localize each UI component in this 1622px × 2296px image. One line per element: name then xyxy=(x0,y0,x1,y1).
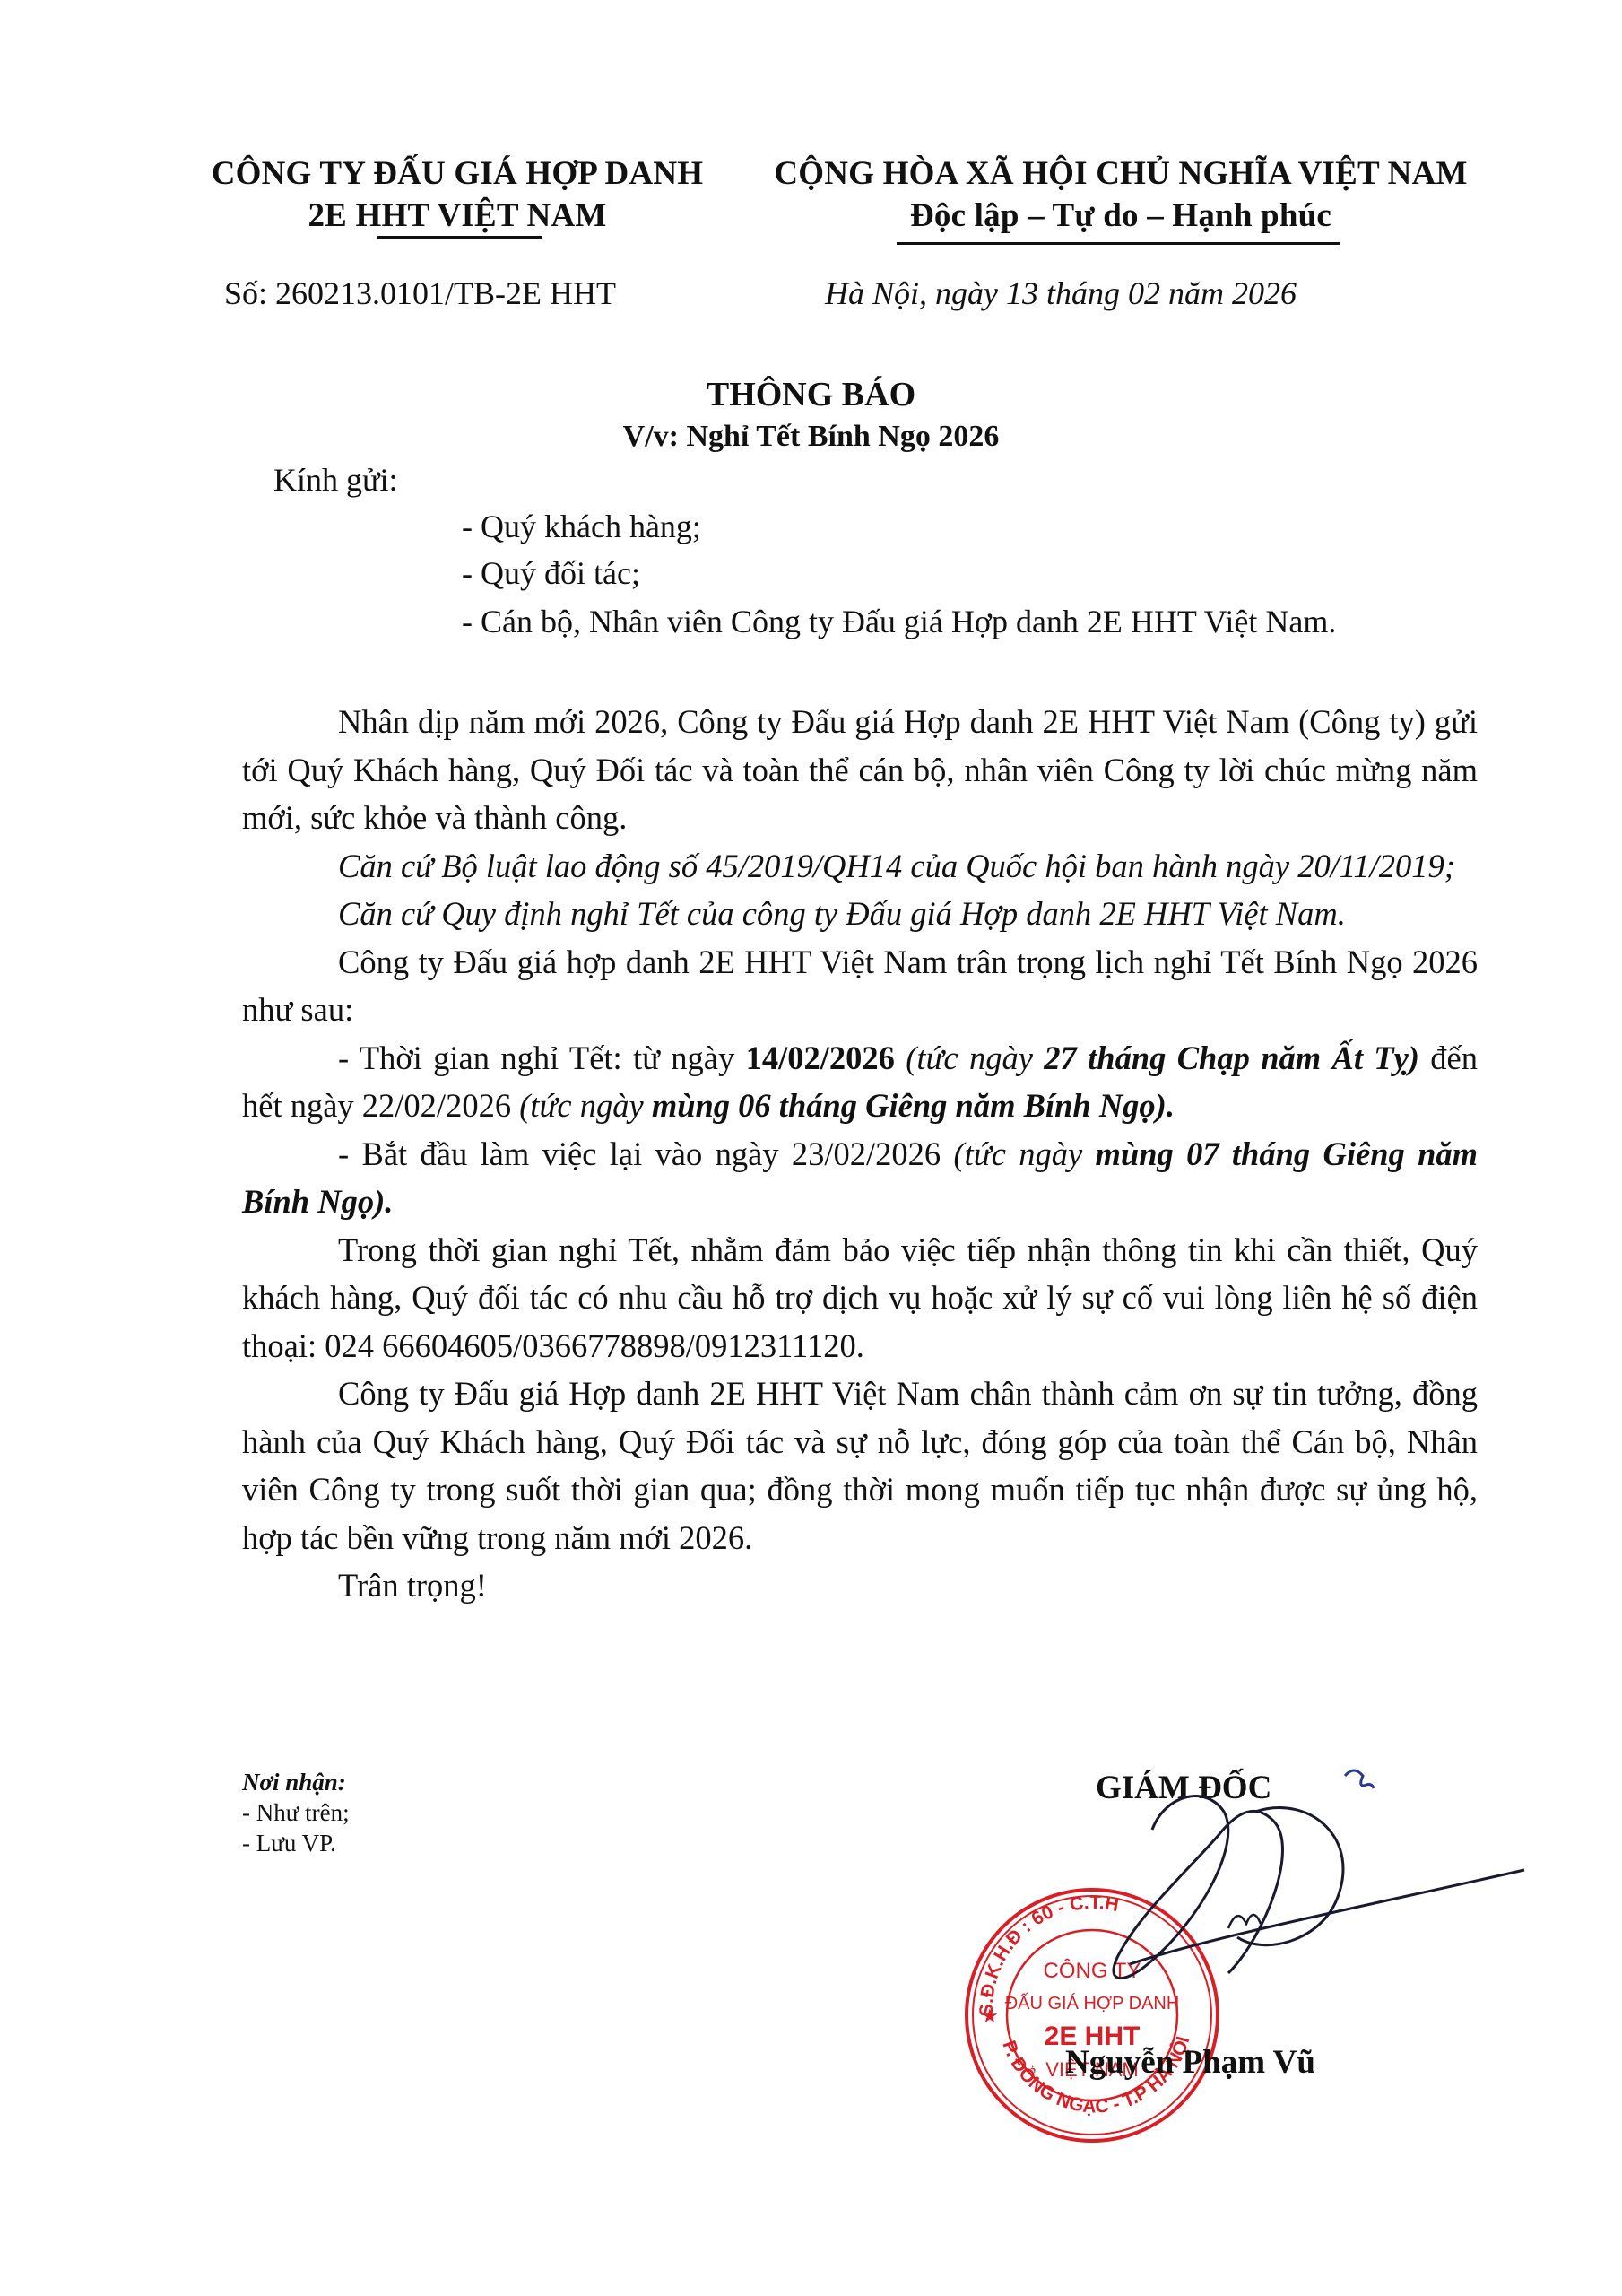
addressee-item: - Quý đối tác; xyxy=(462,554,640,592)
contact-paragraph: Trong thời gian nghỉ Tết, nhằm đảm bảo v… xyxy=(242,1226,1478,1370)
legal-basis-1: Căn cứ Bộ luật lao động số 45/2019/QH14 … xyxy=(242,842,1478,891)
place-date: Hà Nội, ngày 13 tháng 02 năm 2026 xyxy=(825,274,1297,312)
schedule-intro: Công ty Đấu giá hợp danh 2E HHT Việt Nam… xyxy=(242,938,1478,1034)
receivers-block: Nơi nhận: - Như trên; - Lưu VP. xyxy=(242,1767,350,1858)
addressee-label: Kính gửi: xyxy=(273,461,398,499)
holiday-period: - Thời gian nghỉ Tết: từ ngày 14/02/2026… xyxy=(242,1034,1478,1130)
document-title: THÔNG BÁO xyxy=(0,375,1622,414)
document-number: Số: 260213.0101/TB-2E HHT xyxy=(224,274,616,312)
issuer-underline xyxy=(377,236,542,239)
resume-work: - Bắt đầu làm việc lại vào ngày 23/02/20… xyxy=(242,1130,1478,1226)
motto-underline xyxy=(897,242,1340,245)
receiver-item: - Lưu VP. xyxy=(242,1828,350,1858)
national-heading: CỘNG HÒA XÃ HỘI CHỦ NGHĨA VIỆT NAM Độc l… xyxy=(749,152,1493,237)
thanks-paragraph: Công ty Đấu giá Hợp danh 2E HHT Việt Nam… xyxy=(242,1370,1478,1561)
closing: Trân trọng! xyxy=(242,1561,1478,1610)
holiday-start-date: 14/02/2026 xyxy=(746,1039,895,1076)
national-motto: Độc lập – Tự do – Hạnh phúc xyxy=(749,195,1493,237)
handwritten-signature xyxy=(986,1758,1542,2054)
addressee-item: - Cán bộ, Nhân viên Công ty Đấu giá Hợp … xyxy=(462,603,1336,640)
signer-name: Nguyễn Phạm Vũ xyxy=(1065,2043,1315,2082)
notice-body: Nhân dịp năm mới 2026, Công ty Đấu giá H… xyxy=(242,698,1478,1610)
national-name: CỘNG HÒA XÃ HỘI CHỦ NGHĨA VIỆT NAM xyxy=(749,152,1493,195)
issuer-name-line2: 2E HHT VIỆT NAM xyxy=(184,195,731,237)
document-subject: V/v: Nghỉ Tết Bính Ngọ 2026 xyxy=(0,420,1622,454)
legal-basis-2: Căn cứ Quy định nghỉ Tết của công ty Đấu… xyxy=(242,890,1478,938)
greeting-paragraph: Nhân dịp năm mới 2026, Công ty Đấu giá H… xyxy=(242,698,1478,842)
receivers-label: Nơi nhận: xyxy=(242,1767,350,1797)
issuer-block: CÔNG TY ĐẤU GIÁ HỢP DANH 2E HHT VIỆT NAM xyxy=(184,152,731,237)
issuer-name-line1: CÔNG TY ĐẤU GIÁ HỢP DANH xyxy=(184,152,731,195)
addressee-item: - Quý khách hàng; xyxy=(462,508,701,545)
receiver-item: - Như trên; xyxy=(242,1797,350,1828)
